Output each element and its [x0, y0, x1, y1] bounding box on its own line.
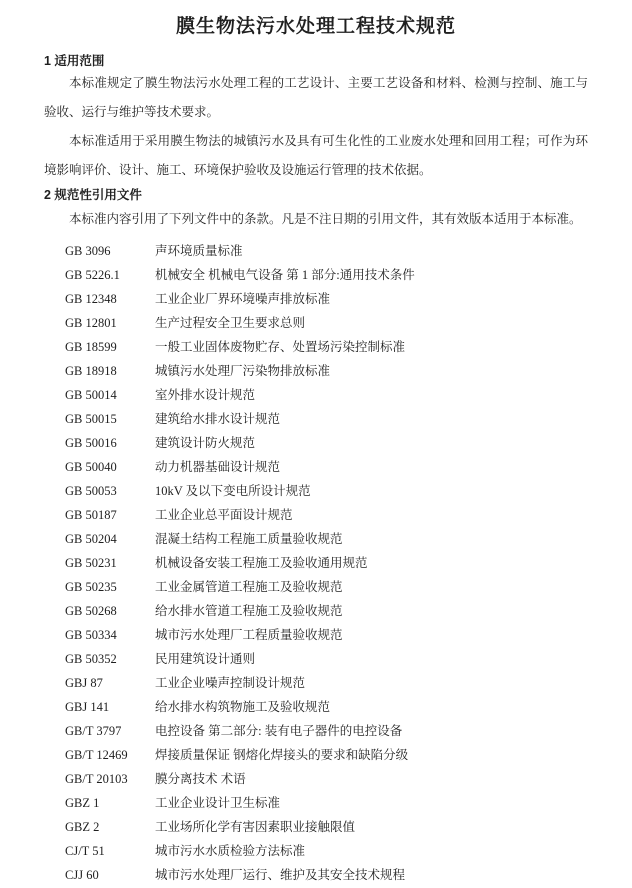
reference-row: GB 12348工业企业厂界环境噪声排放标准: [44, 287, 588, 311]
reference-title: 建筑设计防火规范: [155, 431, 588, 455]
reference-code: CJJ 60: [65, 863, 155, 887]
references-intro-paragraph: 本标准内容引用了下列文件中的条款。凡是不注日期的引用文件，其有效版本适用于本标准…: [44, 205, 588, 234]
reference-row: GBZ 2工业场所化学有害因素职业接触限值: [44, 815, 588, 839]
reference-title: 工业企业总平面设计规范: [155, 503, 588, 527]
reference-title: 民用建筑设计通则: [155, 647, 588, 671]
section-heading-scope: 1 适用范围: [44, 53, 588, 69]
reference-code: GB 50334: [65, 623, 155, 647]
reference-title: 城市污水处理厂运行、维护及其安全技术规程: [155, 863, 588, 887]
reference-row: GB/T 3797电控设备 第二部分: 装有电子器件的电控设备: [44, 719, 588, 743]
reference-title: 工业场所化学有害因素职业接触限值: [155, 815, 588, 839]
reference-row: GB 3096声环境质量标准: [44, 239, 588, 263]
reference-title: 生产过程安全卫生要求总则: [155, 311, 588, 335]
reference-row: GB 50235工业金属管道工程施工及验收规范: [44, 575, 588, 599]
reference-code: GB 12348: [65, 287, 155, 311]
reference-title: 10kV 及以下变电所设计规范: [155, 479, 588, 503]
reference-row: GB 50040动力机器基础设计规范: [44, 455, 588, 479]
document-page: 膜生物法污水处理工程技术规范 1 适用范围 本标准规定了膜生物法污水处理工程的工…: [0, 0, 632, 888]
reference-code: GB 50016: [65, 431, 155, 455]
reference-row: GBZ 1工业企业设计卫生标准: [44, 791, 588, 815]
reference-title: 声环境质量标准: [155, 239, 588, 263]
reference-code: GB 50053: [65, 479, 155, 503]
reference-row: GB 50015建筑给水排水设计规范: [44, 407, 588, 431]
reference-code: GB 50014: [65, 383, 155, 407]
reference-title: 焊接质量保证 钢熔化焊接头的要求和缺陷分级: [155, 743, 588, 767]
reference-code: GB 18918: [65, 359, 155, 383]
reference-row: GB 5005310kV 及以下变电所设计规范: [44, 479, 588, 503]
reference-title: 工业企业设计卫生标准: [155, 791, 588, 815]
reference-row: GB/T 12469焊接质量保证 钢熔化焊接头的要求和缺陷分级: [44, 743, 588, 767]
reference-code: GB 50235: [65, 575, 155, 599]
reference-code: GB/T 12469: [65, 743, 155, 767]
references-list: GB 3096声环境质量标准GB 5226.1机械安全 机械电气设备 第 1 部…: [44, 239, 588, 887]
reference-title: 城市污水水质检验方法标准: [155, 839, 588, 863]
reference-row: GB 50204混凝土结构工程施工质量验收规范: [44, 527, 588, 551]
reference-code: GB 3096: [65, 239, 155, 263]
reference-code: GB 50040: [65, 455, 155, 479]
reference-title: 建筑给水排水设计规范: [155, 407, 588, 431]
reference-row: GBJ 87工业企业噪声控制设计规范: [44, 671, 588, 695]
reference-row: GB 50334城市污水处理厂工程质量验收规范: [44, 623, 588, 647]
section-heading-references: 2 规范性引用文件: [44, 185, 588, 205]
reference-code: GB 12801: [65, 311, 155, 335]
reference-title: 机械设备安装工程施工及验收通用规范: [155, 551, 588, 575]
reference-row: GB 50016建筑设计防火规范: [44, 431, 588, 455]
reference-row: GB 50268给水排水管道工程施工及验收规范: [44, 599, 588, 623]
reference-title: 电控设备 第二部分: 装有电子器件的电控设备: [155, 719, 588, 743]
reference-code: GB 5226.1: [65, 263, 155, 287]
reference-code: GBJ 87: [65, 671, 155, 695]
reference-row: GB 50352民用建筑设计通则: [44, 647, 588, 671]
reference-title: 工业企业噪声控制设计规范: [155, 671, 588, 695]
reference-code: CJ/T 51: [65, 839, 155, 863]
reference-code: GB 50204: [65, 527, 155, 551]
reference-title: 机械安全 机械电气设备 第 1 部分:通用技术条件: [155, 263, 588, 287]
reference-title: 工业金属管道工程施工及验收规范: [155, 575, 588, 599]
reference-row: GBJ 141给水排水构筑物施工及验收规范: [44, 695, 588, 719]
reference-code: GB/T 20103: [65, 767, 155, 791]
reference-title: 混凝土结构工程施工质量验收规范: [155, 527, 588, 551]
reference-row: GB/T 20103膜分离技术 术语: [44, 767, 588, 791]
reference-row: GB 18599一般工业固体废物贮存、处置场污染控制标准: [44, 335, 588, 359]
reference-title: 给水排水管道工程施工及验收规范: [155, 599, 588, 623]
reference-row: GB 50014室外排水设计规范: [44, 383, 588, 407]
reference-row: GB 18918城镇污水处理厂污染物排放标准: [44, 359, 588, 383]
reference-row: CJJ 60城市污水处理厂运行、维护及其安全技术规程: [44, 863, 588, 887]
reference-code: GB 50187: [65, 503, 155, 527]
reference-row: GB 50187工业企业总平面设计规范: [44, 503, 588, 527]
reference-row: GB 12801生产过程安全卫生要求总则: [44, 311, 588, 335]
reference-code: GBJ 141: [65, 695, 155, 719]
reference-code: GBZ 2: [65, 815, 155, 839]
document-content: 1 适用范围 本标准规定了膜生物法污水处理工程的工艺设计、主要工艺设备和材料、检…: [44, 53, 588, 887]
reference-title: 膜分离技术 术语: [155, 767, 588, 791]
reference-row: GB 50231机械设备安装工程施工及验收通用规范: [44, 551, 588, 575]
reference-title: 室外排水设计规范: [155, 383, 588, 407]
reference-title: 动力机器基础设计规范: [155, 455, 588, 479]
scope-paragraph-2: 本标准适用于采用膜生物法的城镇污水及具有可生化性的工业废水处理和回用工程；可作为…: [44, 127, 588, 185]
reference-title: 给水排水构筑物施工及验收规范: [155, 695, 588, 719]
reference-row: GB 5226.1机械安全 机械电气设备 第 1 部分:通用技术条件: [44, 263, 588, 287]
reference-title: 一般工业固体废物贮存、处置场污染控制标准: [155, 335, 588, 359]
reference-title: 工业企业厂界环境噪声排放标准: [155, 287, 588, 311]
reference-code: GBZ 1: [65, 791, 155, 815]
document-title: 膜生物法污水处理工程技术规范: [0, 0, 632, 40]
reference-code: GB 50352: [65, 647, 155, 671]
reference-code: GB/T 3797: [65, 719, 155, 743]
reference-title: 城镇污水处理厂污染物排放标准: [155, 359, 588, 383]
reference-row: CJ/T 51城市污水水质检验方法标准: [44, 839, 588, 863]
reference-code: GB 18599: [65, 335, 155, 359]
scope-paragraph-1: 本标准规定了膜生物法污水处理工程的工艺设计、主要工艺设备和材料、检测与控制、施工…: [44, 69, 588, 127]
reference-code: GB 50015: [65, 407, 155, 431]
reference-code: GB 50268: [65, 599, 155, 623]
reference-title: 城市污水处理厂工程质量验收规范: [155, 623, 588, 647]
reference-code: GB 50231: [65, 551, 155, 575]
